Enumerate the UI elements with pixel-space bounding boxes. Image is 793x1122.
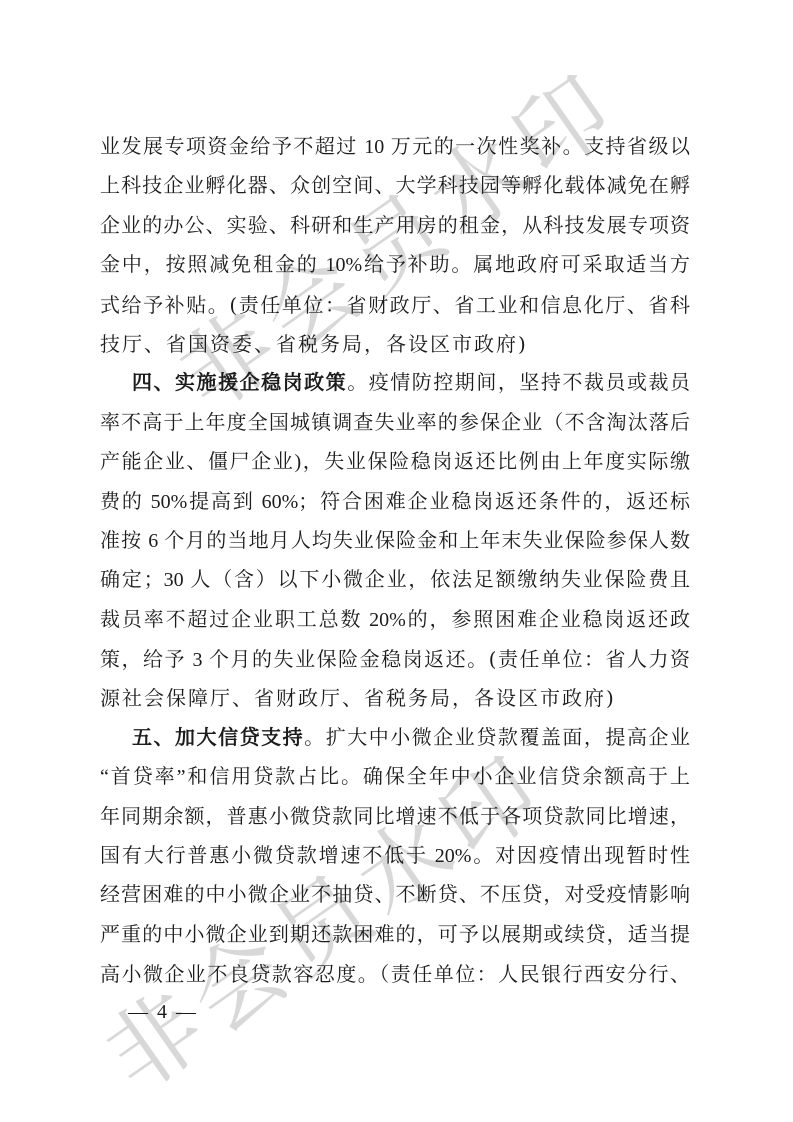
body-text-segment: 上科技企业孵化器、众创空间、大学科技园等孵化载体减免在孵 [100,175,690,197]
text-line-19: 国有大行普惠小微贷款增速不低于 20%。对因疫情出现暂时性 [100,837,690,876]
body-text-segment: 确定；30 人（含）以下小微企业，依法足额缴纳失业保险费且 [100,569,690,591]
body-text-segment: 费的 50%提高到 60%；符合困难企业稳岗返还条件的，返还标 [100,491,690,513]
section-heading: 五、加大信贷支持 [132,727,304,749]
text-line-2: 上科技企业孵化器、众创空间、大学科技园等孵化载体减免在孵 [100,167,690,206]
body-text-segment: 准按 6 个月的当地月人均失业保险金和上年末失业保险参保人数 [100,530,690,552]
text-line-8: 率不高于上年度全国城镇调查失业率的参保企业（不含淘汰落后 [100,404,690,443]
body-text-segment: 经营困难的中小微企业不抽贷、不断贷、不压贷，对受疫情影响 [100,884,690,906]
text-line-22: 高小微企业不良贷款容忍度。（责任单位：人民银行西安分行、 [100,955,690,994]
body-text-segment: 式给予补贴。 [100,295,229,317]
text-line-10: 费的 50%提高到 60%；符合困难企业稳岗返还条件的，返还标 [100,483,690,522]
text-line-6: 技厅、省国资委、省税务局，各设区市政府) [100,325,690,364]
responsible-unit-text: 技厅、省国资委、省税务局，各设区市政府) [100,332,528,356]
body-text-segment: 。扩大中小微企业贷款覆盖面，提高企业 [304,727,690,749]
body-text-segment: 产能企业、僵尸企业)，失业保险稳岗返还比例由上年度实际缴 [100,451,690,473]
body-text-segment: 严重的中小微企业到期还款困难的，可予以展期或续贷，适当提 [100,924,690,946]
responsible-unit-text: （责任单位：人民银行西安分行、 [379,962,690,986]
text-line-1: 业发展专项资金给予不超过 10 万元的一次性奖补。支持省级以 [100,128,690,167]
body-text-segment: 年同期余额，普惠小微贷款同比增速不低于各项贷款同比增速， [100,806,690,828]
body-text-segment: 业发展专项资金给予不超过 10 万元的一次性奖补。支持省级以 [100,136,690,158]
text-line-18: 年同期余额，普惠小微贷款同比增速不低于各项贷款同比增速， [100,798,690,837]
text-line-3: 企业的办公、实验、科研和生产用房的租金，从科技发展专项资 [100,207,690,246]
text-line-14: 策，给予 3 个月的失业保险金稳岗返还。(责任单位：省人力资 [100,640,690,679]
body-text-segment: 率不高于上年度全国城镇调查失业率的参保企业（不含淘汰落后 [100,412,690,434]
body-text-segment: 国有大行普惠小微贷款增速不低于 20%。对因疫情出现暂时性 [100,845,690,867]
text-line-17: “首贷率”和信用贷款占比。确保全年中小企业信贷余额高于上 [100,758,690,797]
body-text-segment: 企业的办公、实验、科研和生产用房的租金，从科技发展专项资 [100,215,690,237]
section-heading: 四、实施援企稳岗政策 [132,372,347,394]
text-line-21: 严重的中小微企业到期还款困难的，可予以展期或续贷，适当提 [100,916,690,955]
responsible-unit-text: 源社会保障厅、省财政厅、省税务局，各设区市政府) [100,686,616,710]
text-line-12: 确定；30 人（含）以下小微企业，依法足额缴纳失业保险费且 [100,561,690,600]
text-line-13: 裁员率不超过企业职工总数 20%的，参照困难企业稳岗返还政 [100,601,690,640]
responsible-unit-text: (责任单位：省财政厅、省工业和信息化厅、省科 [229,293,690,317]
document-page: 非会员水印 非会员水印 业发展专项资金给予不超过 10 万元的一次性奖补。支持省… [0,0,793,1122]
body-text-segment: 策，给予 3 个月的失业保险金稳岗返还。 [100,649,489,671]
body-text-segment: “首贷率”和信用贷款占比。确保全年中小企业信贷余额高于上 [100,766,690,788]
text-line-7: 四、实施援企稳岗政策。疫情防控期间，坚持不裁员或裁员 [100,364,690,403]
body-text-segment: 。疫情防控期间，坚持不裁员或裁员 [347,372,690,394]
text-line-5: 式给予补贴。(责任单位：省财政厅、省工业和信息化厅、省科 [100,286,690,325]
body-text-segment: 金中，按照减免租金的 10%给予补助。属地政府可采取适当方 [100,254,690,276]
body-text-segment: 高小微企业不良贷款容忍度。 [100,964,379,986]
text-line-16: 五、加大信贷支持。扩大中小微企业贷款覆盖面，提高企业 [100,719,690,758]
page-number: — 4 — [128,1000,198,1024]
text-line-4: 金中，按照减免租金的 10%给予补助。属地政府可采取适当方 [100,246,690,285]
text-line-20: 经营困难的中小微企业不抽贷、不断贷、不压贷，对受疫情影响 [100,876,690,915]
text-line-11: 准按 6 个月的当地月人均失业保险金和上年末失业保险参保人数 [100,522,690,561]
text-line-15: 源社会保障厅、省财政厅、省税务局，各设区市政府) [100,679,690,718]
document-body: 业发展专项资金给予不超过 10 万元的一次性奖补。支持省级以上科技企业孵化器、众… [100,128,690,995]
text-line-9: 产能企业、僵尸企业)，失业保险稳岗返还比例由上年度实际缴 [100,443,690,482]
body-text-segment: 裁员率不超过企业职工总数 20%的，参照困难企业稳岗返还政 [100,609,690,631]
responsible-unit-text: (责任单位：省人力资 [489,647,690,671]
